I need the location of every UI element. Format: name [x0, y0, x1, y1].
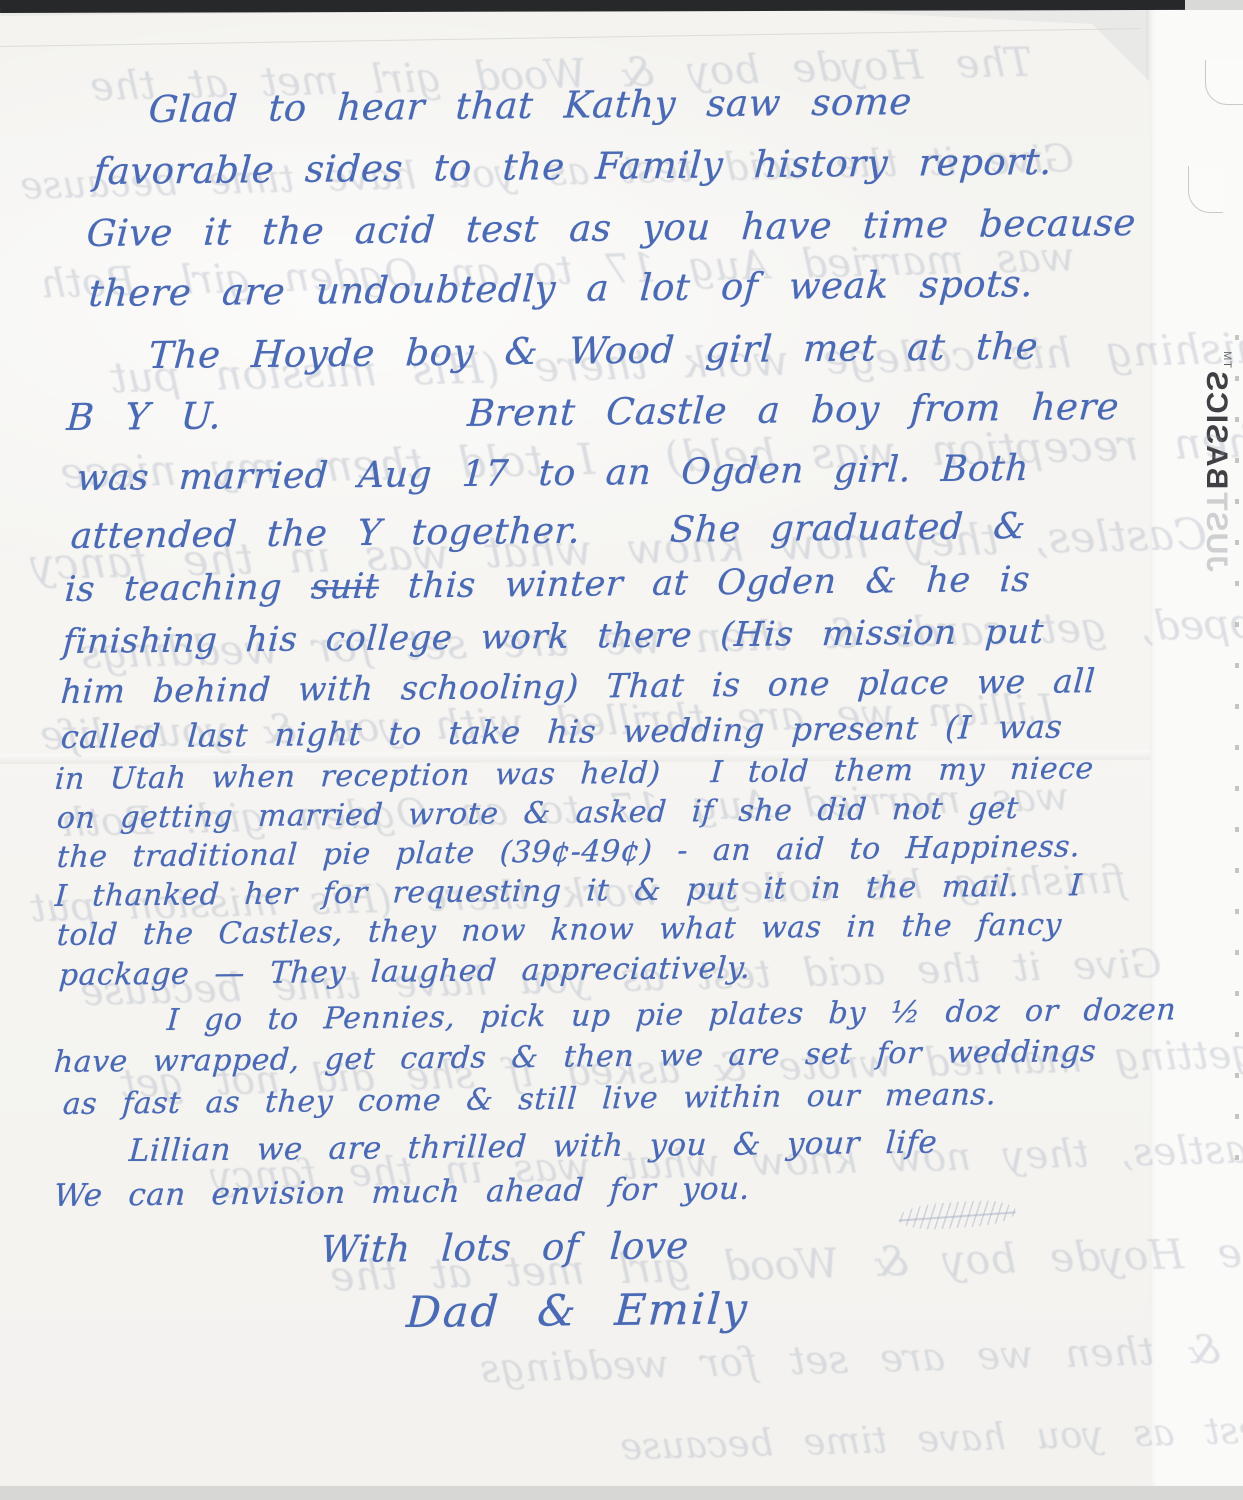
letter-line: Glad to hear that Kathy saw some: [147, 80, 913, 131]
scan-top-edge: [0, 0, 1188, 13]
scan-bottom-edge: [0, 1486, 1243, 1500]
letter-line: package — They laughed appreciatively.: [58, 951, 752, 993]
letter-line: We can envision much ahead for you.: [53, 1171, 751, 1214]
letter-line-segment: this winter at Ogden & he is: [378, 560, 1031, 607]
struck-word: suit: [310, 567, 380, 608]
binder-notch: [1188, 166, 1223, 213]
letter-line-segment: is teaching: [64, 567, 313, 610]
scanned-letter-page: JUSTBASICSTM The Hoyde boy & Wood girl m…: [0, 0, 1243, 1500]
scan-top-edge-right: [1185, 0, 1243, 10]
closing-line: With lots of love: [319, 1224, 690, 1271]
binder-notch: [1205, 60, 1243, 105]
signature: Dad & Emily: [405, 1284, 750, 1338]
